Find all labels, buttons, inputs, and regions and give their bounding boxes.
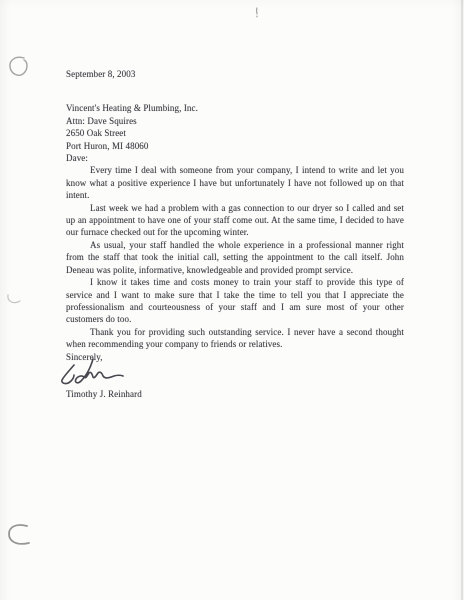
recipient-attention: Attn: Dave Squires <box>66 115 404 127</box>
hole-punch-mark-middle <box>6 288 24 308</box>
scanner-edge-line <box>461 0 463 600</box>
letter-body: September 8, 2003 Vincent's Heating & Pl… <box>66 68 404 400</box>
salutation: Dave: <box>66 152 404 164</box>
recipient-company: Vincent's Heating & Plumbing, Inc. <box>66 102 404 114</box>
hole-punch-mark-bottom <box>7 522 33 548</box>
body-paragraph-3: As usual, your staff handled the whole e… <box>66 239 404 276</box>
signer-name: Timothy J. Reinhard <box>66 388 404 400</box>
scan-speck <box>253 7 261 19</box>
date-line: September 8, 2003 <box>66 68 404 80</box>
recipient-street: 2650 Oak Street <box>66 127 404 139</box>
recipient-address-block: Vincent's Heating & Plumbing, Inc. Attn:… <box>66 102 404 152</box>
handwritten-signature <box>59 358 404 388</box>
body-paragraph-2: Last week we had a problem with a gas co… <box>66 202 404 239</box>
hole-punch-mark-top <box>8 55 30 79</box>
scanned-letter-page: September 8, 2003 Vincent's Heating & Pl… <box>0 0 464 600</box>
recipient-city-state-zip: Port Huron, MI 48060 <box>66 140 404 152</box>
body-paragraph-1: Every time I deal with someone from your… <box>66 164 404 201</box>
body-paragraph-5: Thank you for providing such outstanding… <box>66 326 404 351</box>
body-paragraph-4: I know it takes time and costs money to … <box>66 276 404 326</box>
